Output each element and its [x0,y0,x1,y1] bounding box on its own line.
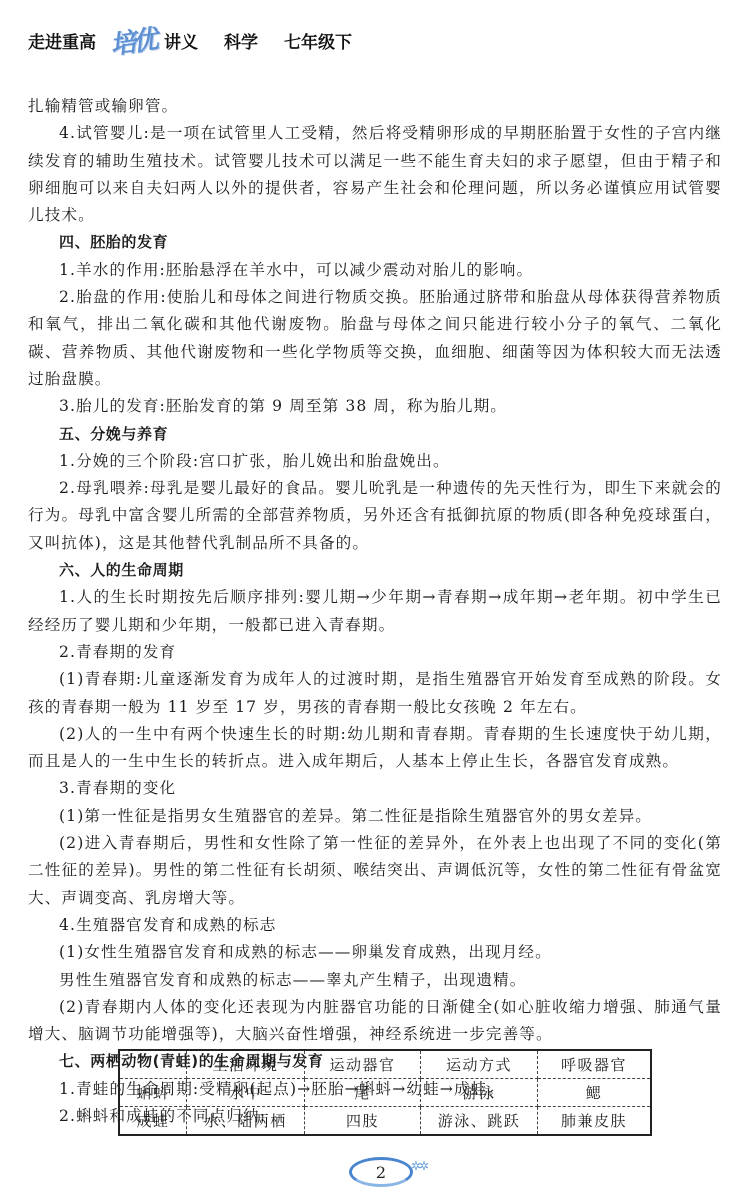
book-type: 讲义 [164,28,198,53]
series-title: 走进重高 [28,28,96,53]
paragraph: (2)进入青春期后，男性和女性除了第一性征的差异外，在外表上也出现了不同的变化(… [28,830,722,912]
paragraph: 3.青春期的变化 [28,775,722,802]
grade: 七年级下 [284,28,352,53]
section-heading: 四、胚胎的发育 [28,229,722,256]
paragraph: 2.胎盘的作用:使胎儿和母体之间进行物质交换。胚胎通过脐带和胎盘从母体获得营养物… [28,284,722,393]
page-number: 2 [376,1163,386,1182]
paragraph: 1.羊水的作用:胚胎悬浮在羊水中，可以减少震动对胎儿的影响。 [28,257,722,284]
paragraph: 4.生殖器官发育和成熟的标志 [28,912,722,939]
page-header: 走进重高 培优 讲义 科学 七年级下 [28,20,728,60]
table-cell: 四肢 [305,1107,421,1136]
paragraph: 男性生殖器官发育和成熟的标志——睾丸产生精子，出现遗精。 [28,967,722,994]
table-cell: 蝌蚪 [119,1079,187,1107]
table-cell: 成蛙 [119,1107,187,1136]
section-heading: 六、人的生命周期 [28,557,722,584]
page-body: 扎输精管或输卵管。 4.试管婴儿:是一项在试管里人工受精，然后将受精卵形成的早期… [28,93,722,1130]
table-header-cell: 生活环境 [187,1050,305,1079]
table-header-cell: 运动方式 [421,1050,538,1079]
paragraph: 3.胎儿的发育:胚胎发育的第 9 周至第 38 周，称为胎儿期。 [28,393,722,420]
paragraph: 1.人的生长时期按先后顺序排列:婴儿期→少年期→青春期→成年期→老年期。初中学生… [28,584,722,639]
table-row: 成蛙 水、陆两栖 四肢 游泳、跳跃 肺兼皮肤 [119,1107,651,1136]
paragraph: 4.试管婴儿:是一项在试管里人工受精，然后将受精卵形成的早期胚胎置于女性的子宫内… [28,120,722,229]
paragraph: (1)青春期:儿童逐渐发育为成年人的过渡时期，是指生殖器官开始发育至成熟的阶段。… [28,666,722,721]
table-cell: 游泳、跳跃 [421,1107,538,1136]
paragraph: 2.青春期的发育 [28,639,722,666]
table-row: 蝌蚪 水中 尾 游泳 鳃 [119,1079,651,1107]
paragraph: 1.分娩的三个阶段:宫口扩张，胎儿娩出和胎盘娩出。 [28,448,722,475]
paragraph: 扎输精管或输卵管。 [28,93,722,120]
table-header-cell [119,1050,187,1079]
table-cell: 水中 [187,1079,305,1107]
table-cell: 鳃 [538,1079,652,1107]
page-number-badge: 2 [349,1157,413,1187]
paragraph: (1)女性生殖器官发育和成熟的标志——卵巢发育成熟，出现月经。 [28,939,722,966]
paragraph: (2)人的一生中有两个快速生长的时期:幼儿期和青春期。青春期的生长速度快于幼儿期… [28,721,722,776]
table-header-row: 生活环境 运动器官 运动方式 呼吸器官 [119,1050,651,1079]
table-cell: 游泳 [421,1079,538,1107]
table-header-cell: 呼吸器官 [538,1050,652,1079]
tadpole-frog-comparison-table: 生活环境 运动器官 运动方式 呼吸器官 蝌蚪 水中 尾 游泳 鳃 成蛙 水、陆两… [118,1049,652,1136]
subject: 科学 [224,28,258,53]
peiyou-logo: 培优 [108,19,157,62]
table-header-cell: 运动器官 [305,1050,421,1079]
sparkle-decoration-icon: ✲✲ [411,1159,427,1173]
page-footer: 2 ✲✲ [343,1155,423,1185]
table-cell: 水、陆两栖 [187,1107,305,1136]
table-cell: 尾 [305,1079,421,1107]
table-cell: 肺兼皮肤 [538,1107,652,1136]
paragraph: 2.母乳喂养:母乳是婴儿最好的食品。婴儿吮乳是一种遗传的先天性行为，即生下来就会… [28,475,722,557]
paragraph: (2)青春期内人体的变化还表现为内脏器官功能的日渐健全(如心脏收缩力增强、肺通气… [28,994,722,1049]
paragraph: (1)第一性征是指男女生殖器官的差异。第二性征是指除生殖器官外的男女差异。 [28,803,722,830]
section-heading: 五、分娩与养育 [28,421,722,448]
